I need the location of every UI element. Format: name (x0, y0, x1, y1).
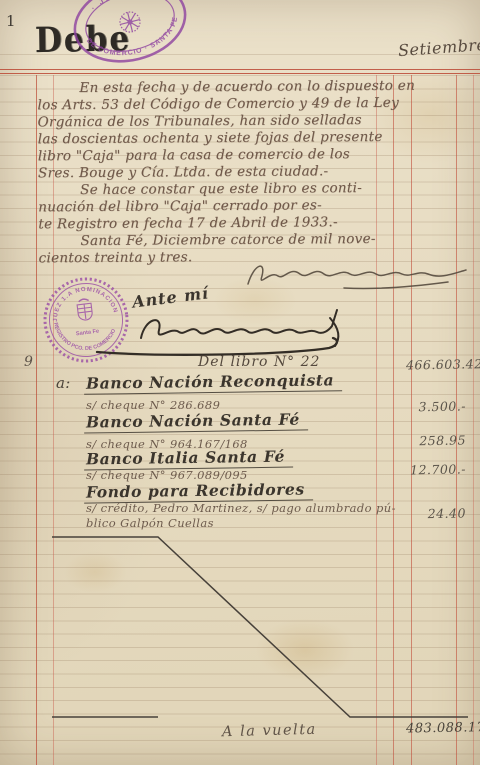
seal-crest-icon (76, 298, 92, 321)
amount-column-line-4 (456, 75, 457, 765)
entry-account: Fondo para Recibidores (84, 481, 313, 502)
red-header-line-2 (0, 73, 480, 74)
account-name: Banco Nación Reconquista (84, 370, 343, 395)
entry-account: Banco Nación Reconquista (84, 372, 342, 393)
entry-marker: a: (56, 374, 71, 392)
oval-rubber-stamp: · JUEZ L · DE COMERCIO · SANTA FE (60, 0, 201, 78)
svg-text:· JUEZ L ·: · JUEZ L · (87, 0, 150, 13)
page-total: 483.088.17 (406, 720, 466, 736)
entry-amount: 12.700.- (406, 461, 466, 477)
stamp-emblem-icon (118, 10, 142, 34)
certificate-text: En esta fecha y de acuerdo con lo dispue… (37, 78, 418, 268)
carry-forward-label: A la vuelta (222, 722, 317, 740)
oval-stamp-top-text: · JUEZ L · (87, 0, 150, 13)
amount-column-line-5 (473, 75, 474, 765)
margin-line-left-1 (36, 75, 37, 765)
month-label: Setiembre (397, 35, 480, 60)
account-name: Banco Nación Santa Fé (84, 409, 308, 433)
entry-detail: blico Galpón Cuellas (86, 516, 214, 530)
certificate-line: Santa Fé, Diciembre catorce de mil nove- (38, 231, 418, 251)
entry-detail: s/ cheque N° 286.689 (86, 398, 220, 412)
entry-opening-text: Del libro N° 22 (198, 354, 320, 370)
ledger-page: 1 Debe Setiembre · JUEZ L · DE COMERCIO … (0, 0, 480, 765)
account-name: Banco Italia Santa Fé (84, 447, 293, 471)
entry-account: Banco Italia Santa Fé (84, 448, 293, 469)
seal-center-text: Santa Fe (76, 329, 100, 338)
entry-account: Banco Nación Santa Fé (84, 411, 308, 432)
certificate-line: cientos treinta y tres. (39, 248, 419, 268)
entry-day: 9 (24, 354, 33, 370)
judicial-round-seal: JUEZ 1.A NOMINACION Santa Fe REGISTRO PC… (35, 269, 138, 372)
entry-amount: 258.95 (406, 432, 466, 448)
entry-opening-amount: 466.603.42 (406, 356, 466, 372)
entry-amount: 24.40 (406, 505, 466, 521)
entry-amount: 3.500.- (406, 398, 466, 414)
page-number: 1 (6, 12, 16, 30)
certificate-line: Se hace constar que este libro es conti- (38, 180, 418, 200)
red-header-line-1 (0, 69, 480, 70)
account-name: Fondo para Recibidores (84, 479, 313, 503)
certificate-line: las doscientas ochenta y siete fojas del… (38, 129, 418, 149)
entry-detail: s/ crédito, Pedro Martinez, s/ pago alum… (86, 501, 396, 515)
